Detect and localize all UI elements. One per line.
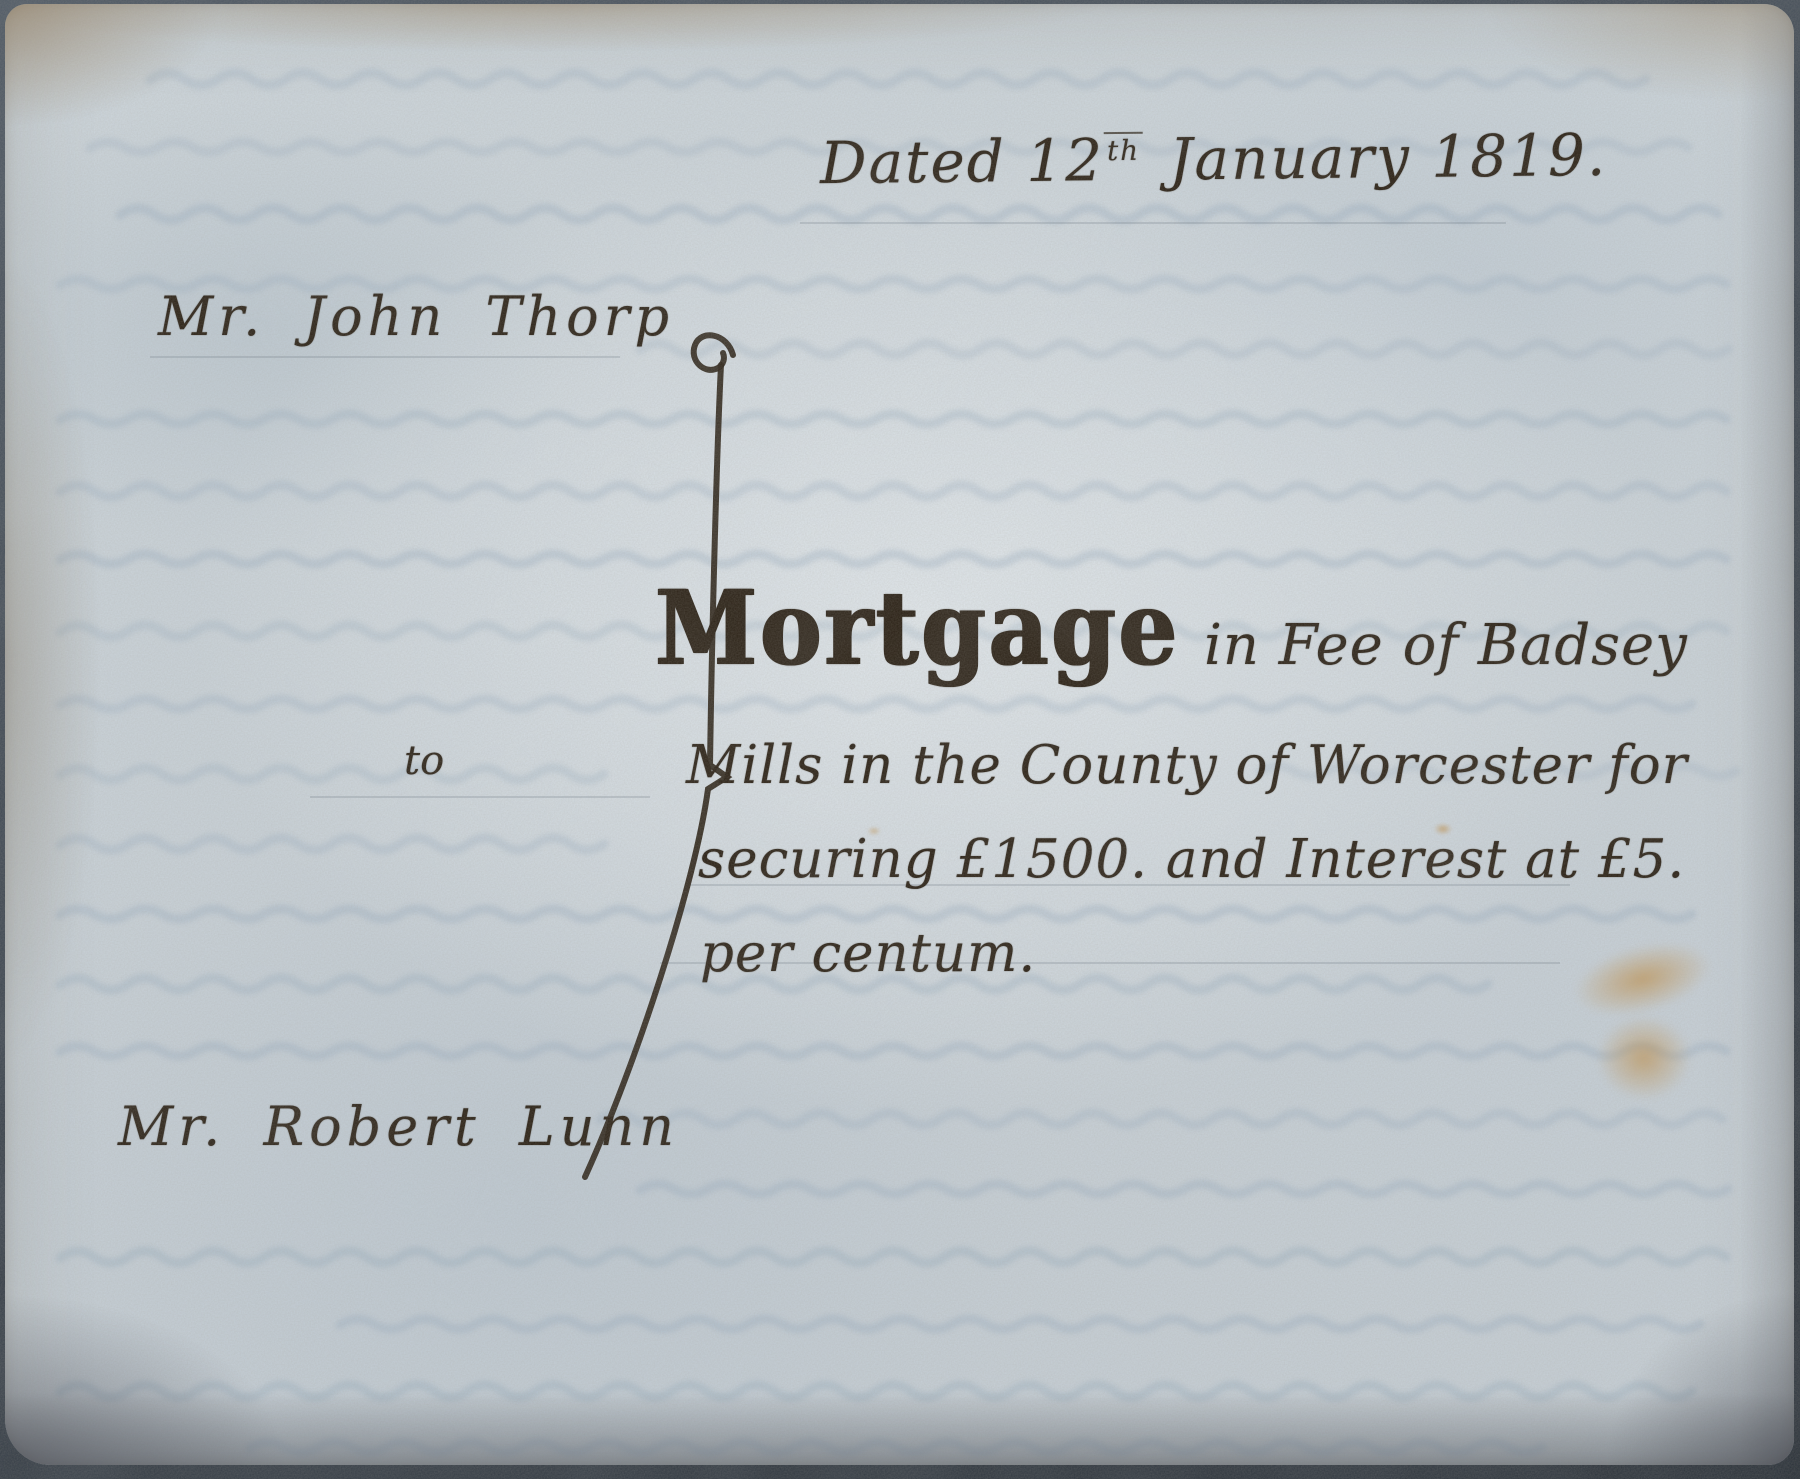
party-connector: to: [404, 738, 444, 784]
title-line-4: per centum.: [700, 924, 1036, 985]
ink-stain: [1588, 1008, 1700, 1108]
document-title-line: Mortgage in Fee of Badsey: [655, 580, 1688, 686]
dated-rest: January 1819.: [1169, 121, 1608, 194]
guide-line: [800, 222, 1506, 224]
photographed-deed-cover: Dated 12thJanuary 1819. Mr. John Thorp t…: [0, 0, 1800, 1479]
ordinal-suffix: th: [1104, 131, 1143, 166]
guide-line: [150, 356, 620, 358]
dated-line: Dated 12thJanuary 1819.: [820, 122, 1608, 197]
ink-stain: [866, 826, 882, 836]
title-line-3: securing £1500. and Interest at £5.: [698, 830, 1685, 891]
ink-stain: [1432, 822, 1454, 836]
dated-prefix: Dated 12: [820, 126, 1105, 197]
title-heading-rest: in Fee of Badsey: [1204, 614, 1688, 678]
title-line-2: Mills in the County of Worcester for: [686, 736, 1688, 797]
title-heading-word: Mortgage: [655, 570, 1180, 688]
